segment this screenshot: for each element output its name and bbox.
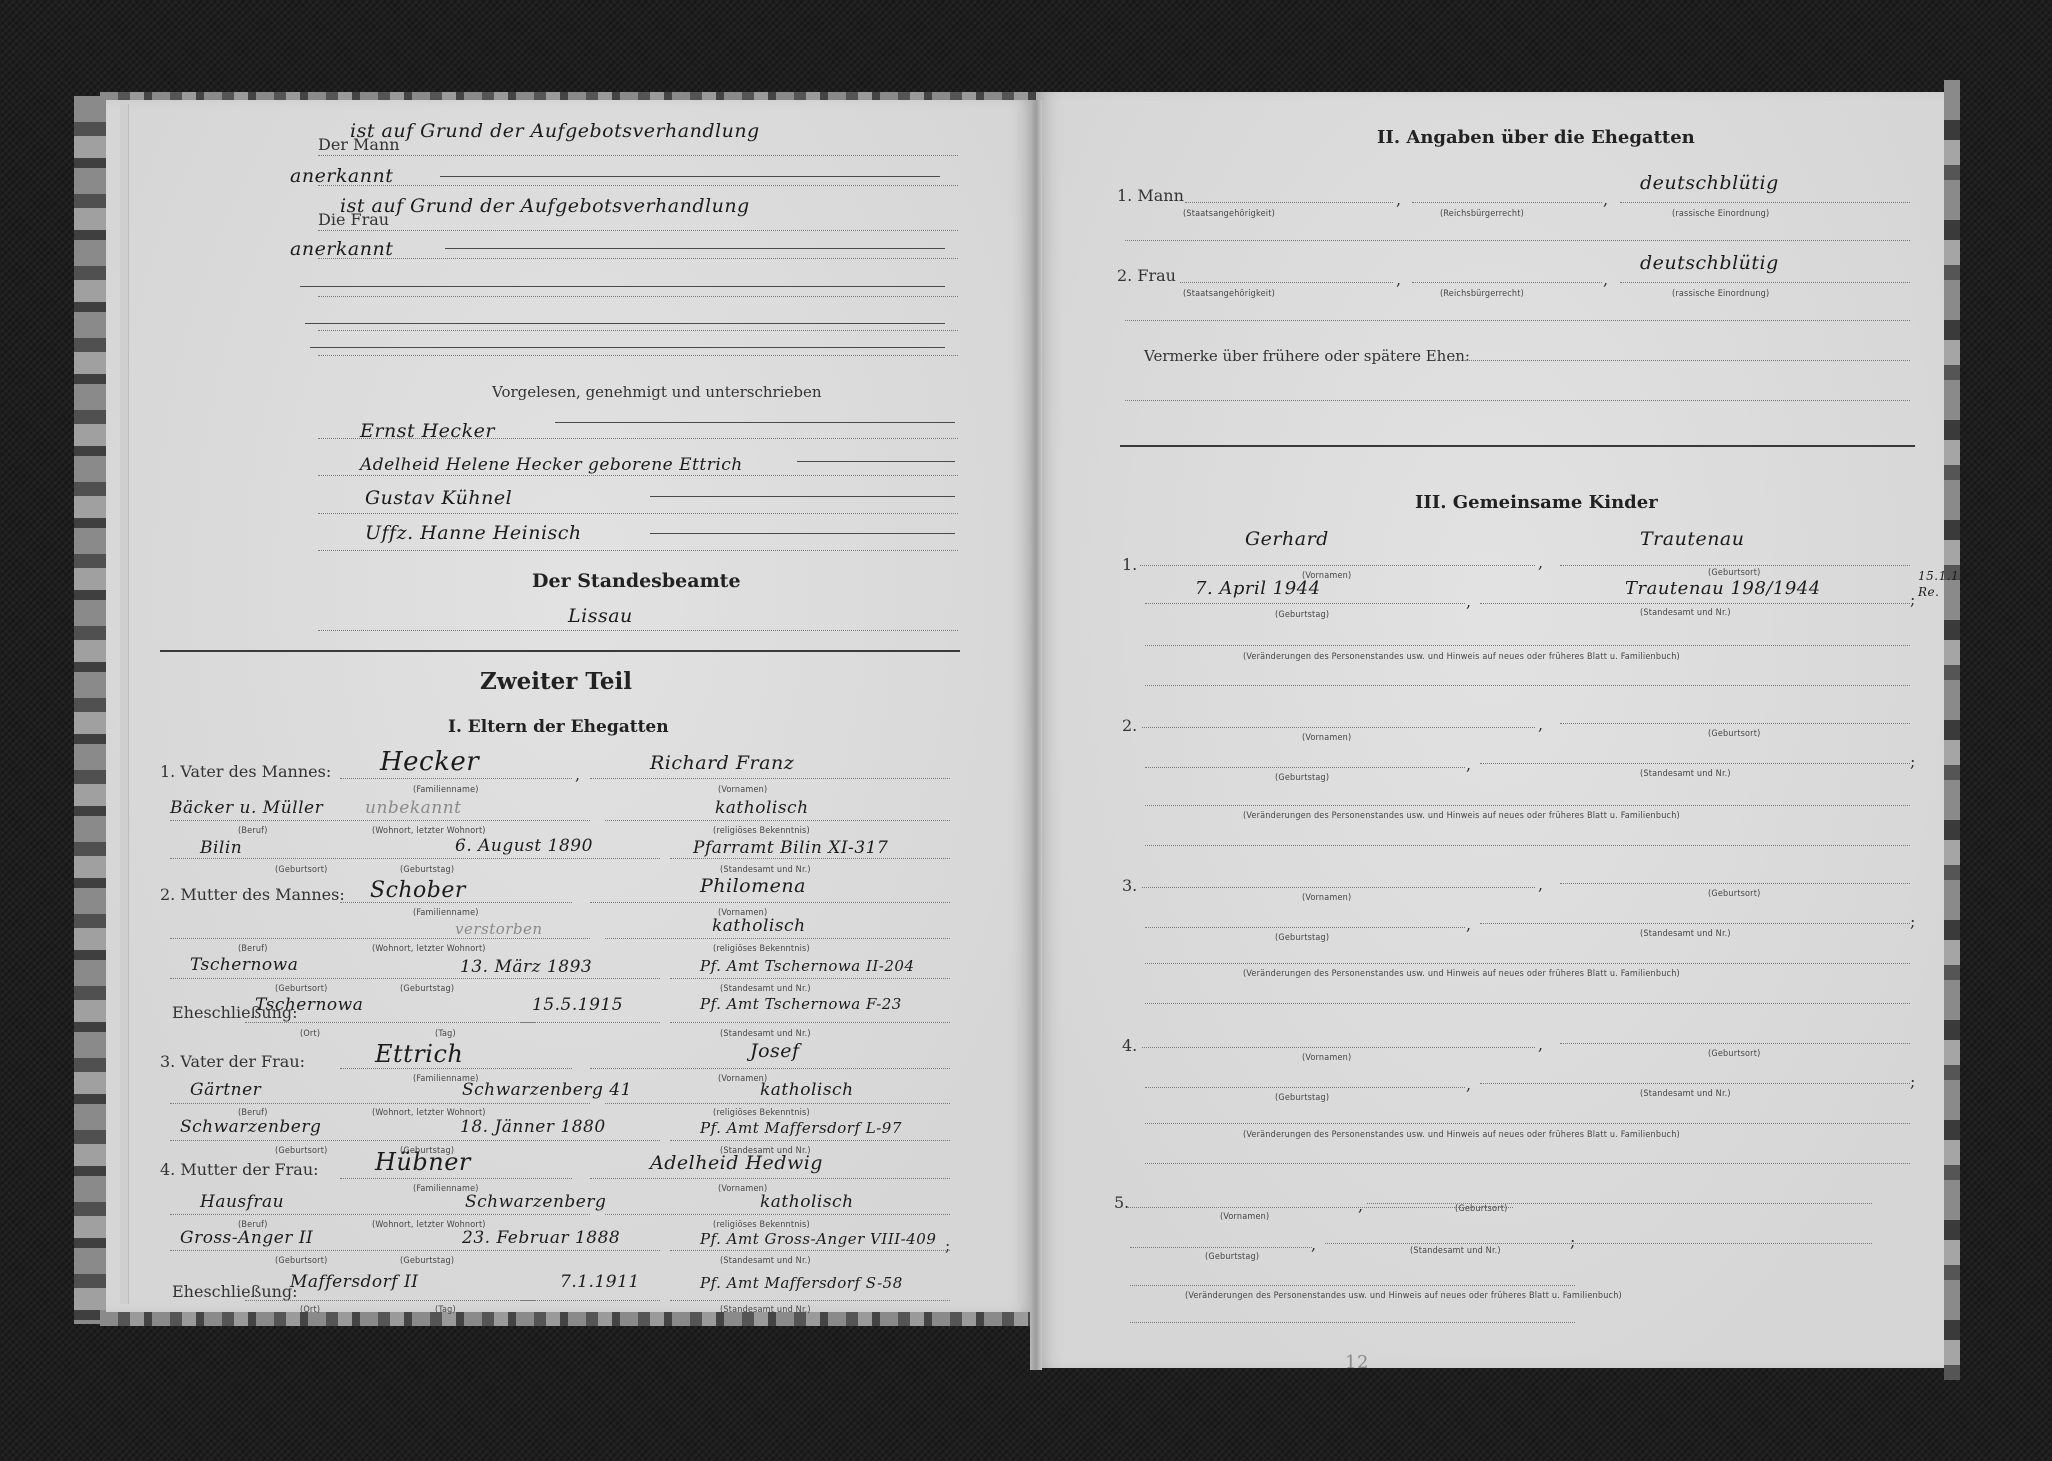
staatsangehoerigkeit-field xyxy=(1185,202,1393,203)
bekenntnis-value: katholisch xyxy=(712,916,806,936)
geburtsort-caption: (Geburtsort) xyxy=(1708,568,1760,578)
fill-line xyxy=(555,422,955,423)
geburtsort-value: Trautenau xyxy=(1640,528,1745,550)
bekenntnis-caption: (religiöses Bekenntnis) xyxy=(713,826,810,836)
bekenntnis-value: katholisch xyxy=(760,1192,854,1212)
dotted-line xyxy=(355,1140,660,1141)
geburtstag-caption: (Geburtstag) xyxy=(400,865,454,875)
familienname-caption: (Familienname) xyxy=(413,785,479,795)
geburtstag-value: 23. Februar 1888 xyxy=(462,1228,620,1248)
vornamen-value: Philomena xyxy=(700,875,806,897)
geburtstag-field xyxy=(1145,927,1465,928)
geburtstag-field xyxy=(1145,1087,1465,1088)
standesamt-value: Trautenau 198/1944 xyxy=(1625,578,1821,599)
vornamen-field xyxy=(1140,565,1535,566)
dotted-line xyxy=(670,1300,950,1301)
vornamen-caption: (Vornamen) xyxy=(718,785,767,795)
child-number: 1. xyxy=(1122,555,1137,574)
reichsbuergerrecht-field xyxy=(1412,202,1602,203)
eheschliessung-label: Eheschließung: xyxy=(172,1282,298,1301)
dotted-line xyxy=(340,1068,572,1069)
mann-declaration-line2: anerkannt xyxy=(290,165,393,187)
margin-note: 15.1.1945. Re. xyxy=(1918,568,1948,600)
dotted-line xyxy=(245,1300,535,1301)
standesamt-caption: (Standesamt und Nr.) xyxy=(720,1256,811,1266)
child-number: 5. xyxy=(1114,1193,1129,1212)
comma: , xyxy=(1538,553,1543,572)
bekenntnis-value: katholisch xyxy=(760,1080,854,1100)
veraenderungen-caption: (Veränderungen des Personenstandes usw. … xyxy=(1243,1130,1680,1140)
dotted-line xyxy=(345,1214,590,1215)
veraenderungen-field xyxy=(1130,1285,1575,1286)
dotted-line xyxy=(590,1068,950,1069)
dotted-line xyxy=(170,1214,370,1215)
geburtstag-field xyxy=(1145,603,1465,604)
dotted-line xyxy=(1145,1003,1910,1004)
einordnung-caption: (rassische Einordnung) xyxy=(1672,209,1769,219)
dotted-line xyxy=(340,778,572,779)
vornamen-caption: (Vornamen) xyxy=(1220,1212,1269,1222)
geburtsort-caption: (Geburtsort) xyxy=(1708,1049,1760,1059)
familienname-value: Ettrich xyxy=(375,1040,463,1068)
dotted-line xyxy=(345,938,590,939)
parent-label: 3. Vater der Frau: xyxy=(160,1052,305,1071)
comma: , xyxy=(1396,190,1401,209)
einordnung-value: deutschblütig xyxy=(1640,172,1779,194)
dotted-line xyxy=(1145,685,1910,686)
geburtstag-value: 7. April 1944 xyxy=(1195,578,1321,599)
standesbeamte-signature: Lissau xyxy=(568,605,633,627)
dotted-line xyxy=(520,1022,660,1023)
standesamt-field xyxy=(1480,603,1910,604)
standesamt-caption: (Standesamt und Nr.) xyxy=(1640,769,1731,779)
geburtstag-caption: (Geburtstag) xyxy=(1275,610,1329,620)
signature-line: Uffz. Hanne Heinisch xyxy=(365,522,582,544)
dotted-line xyxy=(318,296,958,297)
dotted-line xyxy=(605,820,950,821)
geburtsort-caption: (Geburtsort) xyxy=(1708,729,1760,739)
fill-line xyxy=(445,248,945,249)
geburtstag-value: 18. Jänner 1880 xyxy=(460,1117,606,1137)
comma: , xyxy=(1538,875,1543,894)
comma: , xyxy=(1396,270,1401,289)
veraenderungen-field xyxy=(1145,805,1910,806)
vornamen-field xyxy=(1142,727,1535,728)
dotted-line xyxy=(318,185,958,186)
dotted-line xyxy=(355,978,660,979)
geburtstag-caption: (Geburtstag) xyxy=(1205,1252,1259,1262)
vornamen-value: Josef xyxy=(750,1040,800,1062)
spouse-label-frau: 2. Frau xyxy=(1117,266,1176,285)
eheschliessung-tag-value: 15.5.1915 xyxy=(532,995,623,1015)
dotted-line xyxy=(520,1300,660,1301)
eheschliessung-ort-value: Maffersdorf II xyxy=(290,1272,418,1292)
veraenderungen-caption: (Veränderungen des Personenstandes usw. … xyxy=(1185,1291,1622,1301)
signatures-heading: Vorgelesen, genehmigt und unterschrieben xyxy=(492,383,822,401)
dotted-line xyxy=(345,1103,590,1104)
vornamen-value: Richard Franz xyxy=(650,752,794,774)
standesamt-caption: (Standesamt und Nr.) xyxy=(720,1305,811,1315)
geburtsort-value: Bilin xyxy=(200,838,242,858)
standesamt-caption: (Standesamt und Nr.) xyxy=(1410,1246,1501,1256)
fill-line xyxy=(305,323,945,324)
geburtstag-caption: (Geburtstag) xyxy=(1275,1093,1329,1103)
eheschliessung-ort-value: Tschernowa xyxy=(255,995,363,1015)
dotted-line xyxy=(590,1178,950,1179)
geburtsort-field xyxy=(1560,883,1910,884)
dotted-line xyxy=(670,978,950,979)
staatsangehoerigkeit-caption: (Staatsangehörigkeit) xyxy=(1183,209,1275,219)
vornamen-caption: (Vornamen) xyxy=(1302,1053,1351,1063)
geburtsort-value: Gross-Anger II xyxy=(180,1228,313,1248)
section-divider xyxy=(1120,445,1915,447)
children-section-title: III. Gemeinsame Kinder xyxy=(1415,492,1658,513)
vornamen-field xyxy=(1142,1047,1535,1048)
comma: , xyxy=(1466,592,1471,611)
vornamen-caption: (Vornamen) xyxy=(1302,893,1351,903)
child-number: 2. xyxy=(1122,716,1137,735)
bekenntnis-caption: (religiöses Bekenntnis) xyxy=(713,944,810,954)
semicolon: ; xyxy=(1910,752,1915,771)
dotted-line xyxy=(318,155,958,156)
geburtsort-field xyxy=(1560,565,1910,566)
wohnort-value: Schwarzenberg 41 xyxy=(462,1080,632,1100)
child-number: 4. xyxy=(1122,1036,1137,1055)
dotted-line xyxy=(1145,1163,1910,1164)
geburtsort-caption: (Geburtsort) xyxy=(275,1256,327,1266)
geburtstag-value: 13. März 1893 xyxy=(460,957,592,977)
beruf-value: Hausfrau xyxy=(200,1192,284,1212)
dotted-line xyxy=(345,820,590,821)
beruf-caption: (Beruf) xyxy=(238,944,268,954)
dotted-line xyxy=(590,778,950,779)
geburtstag-caption: (Geburtstag) xyxy=(400,1256,454,1266)
standesamt-caption: (Standesamt und Nr.) xyxy=(720,865,811,875)
einordnung-caption: (rassische Einordnung) xyxy=(1672,289,1769,299)
geburtsort-value: Tschernowa xyxy=(190,955,298,975)
dotted-line xyxy=(1125,400,1910,401)
comma: , xyxy=(1538,1035,1543,1054)
dotted-line xyxy=(245,1022,535,1023)
dotted-line xyxy=(318,355,958,356)
familienname-value: Schober xyxy=(370,878,466,903)
dotted-line xyxy=(318,230,958,231)
dotted-line xyxy=(670,1022,950,1023)
signature-line: Adelheid Helene Hecker geborene Ettrich xyxy=(360,455,743,475)
ort-caption: (Ort) xyxy=(300,1305,320,1315)
parent-label: 1. Vater des Mannes: xyxy=(160,762,331,781)
eheschliessung-standesamt-value: Pf. Amt Tschernowa F-23 xyxy=(700,995,902,1013)
familienname-caption: (Familienname) xyxy=(413,908,479,918)
standesamt-field xyxy=(1480,1083,1910,1084)
veraenderungen-field xyxy=(1145,645,1910,646)
dotted-line xyxy=(318,475,958,476)
dotted-line xyxy=(355,858,660,859)
comma: , xyxy=(1538,715,1543,734)
section-divider xyxy=(160,650,960,652)
fill-line xyxy=(300,286,945,287)
semicolon: ; xyxy=(1910,590,1915,609)
vornamen-field xyxy=(1142,887,1535,888)
beruf-value: Bäcker u. Müller xyxy=(170,798,323,818)
dotted-line xyxy=(605,1103,950,1104)
standesamt-value: Pfarramt Bilin XI-317 xyxy=(693,838,888,858)
comma: , xyxy=(1603,190,1608,209)
page-edge-strip xyxy=(120,104,129,1304)
geburtsort-caption: (Geburtsort) xyxy=(275,984,327,994)
dotted-line xyxy=(170,1103,370,1104)
dotted-line xyxy=(670,1250,950,1251)
signature-line: Gustav Kühnel xyxy=(365,487,512,509)
fill-line xyxy=(650,533,955,534)
tag-caption: (Tag) xyxy=(435,1305,456,1315)
book-cover-right-edge xyxy=(1944,80,1960,1380)
spouse-label-mann: 1. Mann xyxy=(1117,186,1184,205)
standesamt-caption: (Standesamt und Nr.) xyxy=(720,1029,811,1039)
wohnort-value: Schwarzenberg xyxy=(465,1192,606,1212)
standesamt-field xyxy=(1325,1243,1872,1244)
comma: , xyxy=(1311,1235,1316,1254)
wohnort-value: verstorben xyxy=(455,920,543,938)
standesamt-value: Pf. Amt Tschernowa II-204 xyxy=(700,957,915,975)
standesamt-value: Pf. Amt Gross-Anger VIII-409 xyxy=(700,1230,936,1248)
dotted-line xyxy=(1145,845,1910,846)
mann-declaration-line1: ist auf Grund der Aufgebotsverhandlung xyxy=(350,120,760,142)
beruf-value: Gärtner xyxy=(190,1080,261,1100)
standesamt-caption: (Standesamt und Nr.) xyxy=(1640,929,1731,939)
page-number: 12 xyxy=(1345,1352,1369,1373)
reichsbuergerrecht-field xyxy=(1412,282,1602,283)
frau-declaration-line2: anerkannt xyxy=(290,238,393,260)
dotted-line xyxy=(170,938,370,939)
bekenntnis-caption: (religiöses Bekenntnis) xyxy=(713,1108,810,1118)
geburtstag-value: 6. August 1890 xyxy=(455,836,593,856)
dotted-line xyxy=(318,550,958,551)
geburtstag-caption: (Geburtstag) xyxy=(1275,773,1329,783)
bekenntnis-value: katholisch xyxy=(715,798,809,818)
vermerke-label: Vermerke über frühere oder spätere Ehen: xyxy=(1144,347,1470,365)
veraenderungen-field xyxy=(1145,1123,1910,1124)
geburtsort-caption: (Geburtsort) xyxy=(1455,1204,1507,1214)
veraenderungen-caption: (Veränderungen des Personenstandes usw. … xyxy=(1243,969,1680,979)
semicolon: ; xyxy=(945,1236,950,1255)
veraenderungen-field xyxy=(1145,963,1910,964)
semicolon: ; xyxy=(1910,912,1915,931)
child-number: 3. xyxy=(1122,876,1137,895)
reichsbuergerrecht-caption: (Reichsbürgerrecht) xyxy=(1440,289,1524,299)
comma: , xyxy=(1603,270,1608,289)
geburtsort-field xyxy=(1560,1043,1910,1044)
dotted-line xyxy=(605,1214,950,1215)
staatsangehoerigkeit-caption: (Staatsangehörigkeit) xyxy=(1183,289,1275,299)
vornamen-caption: (Vornamen) xyxy=(1302,733,1351,743)
einordnung-field xyxy=(1620,282,1910,283)
comma: , xyxy=(575,765,580,784)
standesamt-field xyxy=(1480,763,1910,764)
dotted-line xyxy=(318,330,958,331)
parent-label: 4. Mutter der Frau: xyxy=(160,1160,319,1179)
vermerke-field xyxy=(1450,360,1910,361)
standesamt-caption: (Standesamt und Nr.) xyxy=(720,984,811,994)
fill-line xyxy=(440,176,940,177)
semicolon: ; xyxy=(1910,1072,1915,1091)
geburtstag-field xyxy=(1130,1247,1312,1248)
book-gutter xyxy=(1030,100,1042,1370)
part-two-title: Zweiter Teil xyxy=(480,668,632,695)
dotted-line xyxy=(170,820,370,821)
eheschliessung-tag-value: 7.1.1911 xyxy=(560,1272,640,1292)
vornamen-value: Gerhard xyxy=(1245,528,1329,550)
geburtsort-value: Schwarzenberg xyxy=(180,1117,321,1137)
dotted-line xyxy=(1125,240,1910,241)
dotted-line xyxy=(670,858,950,859)
parent-label: 2. Mutter des Mannes: xyxy=(160,885,345,904)
frau-declaration-line1: ist auf Grund der Aufgebotsverhandlung xyxy=(340,195,750,217)
ort-caption: (Ort) xyxy=(300,1029,320,1039)
geburtsort-caption: (Geburtsort) xyxy=(1708,889,1760,899)
geburtstag-field xyxy=(1145,767,1465,768)
dotted-line xyxy=(318,513,958,514)
dotted-line xyxy=(318,258,958,259)
veraenderungen-caption: (Veränderungen des Personenstandes usw. … xyxy=(1243,652,1680,662)
staatsangehoerigkeit-field xyxy=(1180,282,1393,283)
geburtsort-field xyxy=(1367,1203,1872,1204)
comma: , xyxy=(1466,915,1471,934)
semicolon: ; xyxy=(1570,1232,1575,1251)
book-cover-bottom-edge xyxy=(100,1310,1040,1326)
geburtstag-caption: (Geburtstag) xyxy=(1275,933,1329,943)
geburtsort-caption: (Geburtsort) xyxy=(275,865,327,875)
tag-caption: (Tag) xyxy=(435,1029,456,1039)
wohnort-caption: (Wohnort, letzter Wohnort) xyxy=(372,826,486,836)
standesamt-field xyxy=(1480,923,1910,924)
geburtstag-caption: (Geburtstag) xyxy=(400,984,454,994)
standesamt-value: Pf. Amt Maffersdorf L-97 xyxy=(700,1119,902,1137)
dotted-line xyxy=(340,902,572,903)
geburtsort-caption: (Geburtsort) xyxy=(275,1146,327,1156)
standesamt-caption: (Standesamt und Nr.) xyxy=(1640,1089,1731,1099)
comma: , xyxy=(1466,755,1471,774)
dotted-line xyxy=(670,1140,950,1141)
dotted-line xyxy=(1130,1322,1575,1323)
einordnung-value: deutschblütig xyxy=(1640,252,1779,274)
eheschliessung-standesamt-value: Pf. Amt Maffersdorf S-58 xyxy=(700,1274,903,1292)
vornamen-value: Adelheid Hedwig xyxy=(650,1152,823,1174)
fill-line xyxy=(310,347,945,348)
dotted-line xyxy=(318,438,958,439)
comma: , xyxy=(1358,1196,1363,1215)
standesbeamte-label: Der Standesbeamte xyxy=(532,570,741,592)
dotted-line xyxy=(605,938,950,939)
wohnort-value: unbekannt xyxy=(365,798,462,818)
fill-line xyxy=(797,461,955,462)
wohnort-caption: (Wohnort, letzter Wohnort) xyxy=(372,944,486,954)
beruf-caption: (Beruf) xyxy=(238,826,268,836)
fill-line xyxy=(650,496,955,497)
dotted-line xyxy=(1125,320,1910,321)
familienname-value: Hübner xyxy=(375,1148,471,1176)
dotted-line xyxy=(355,1250,660,1251)
geburtsort-field xyxy=(1560,723,1910,724)
dotted-line xyxy=(590,902,950,903)
veraenderungen-caption: (Veränderungen des Personenstandes usw. … xyxy=(1243,811,1680,821)
dotted-line xyxy=(318,630,958,631)
standesamt-caption: (Standesamt und Nr.) xyxy=(1640,608,1731,618)
comma: , xyxy=(1466,1075,1471,1094)
spouse-section-title: II. Angaben über die Ehegatten xyxy=(1377,127,1695,148)
reichsbuergerrecht-caption: (Reichsbürgerrecht) xyxy=(1440,209,1524,219)
dotted-line xyxy=(340,1178,572,1179)
familienname-value: Hecker xyxy=(380,747,479,777)
bekenntnis-caption: (religiöses Bekenntnis) xyxy=(713,1220,810,1230)
parents-section-title: I. Eltern der Ehegatten xyxy=(448,717,669,737)
einordnung-field xyxy=(1620,202,1910,203)
